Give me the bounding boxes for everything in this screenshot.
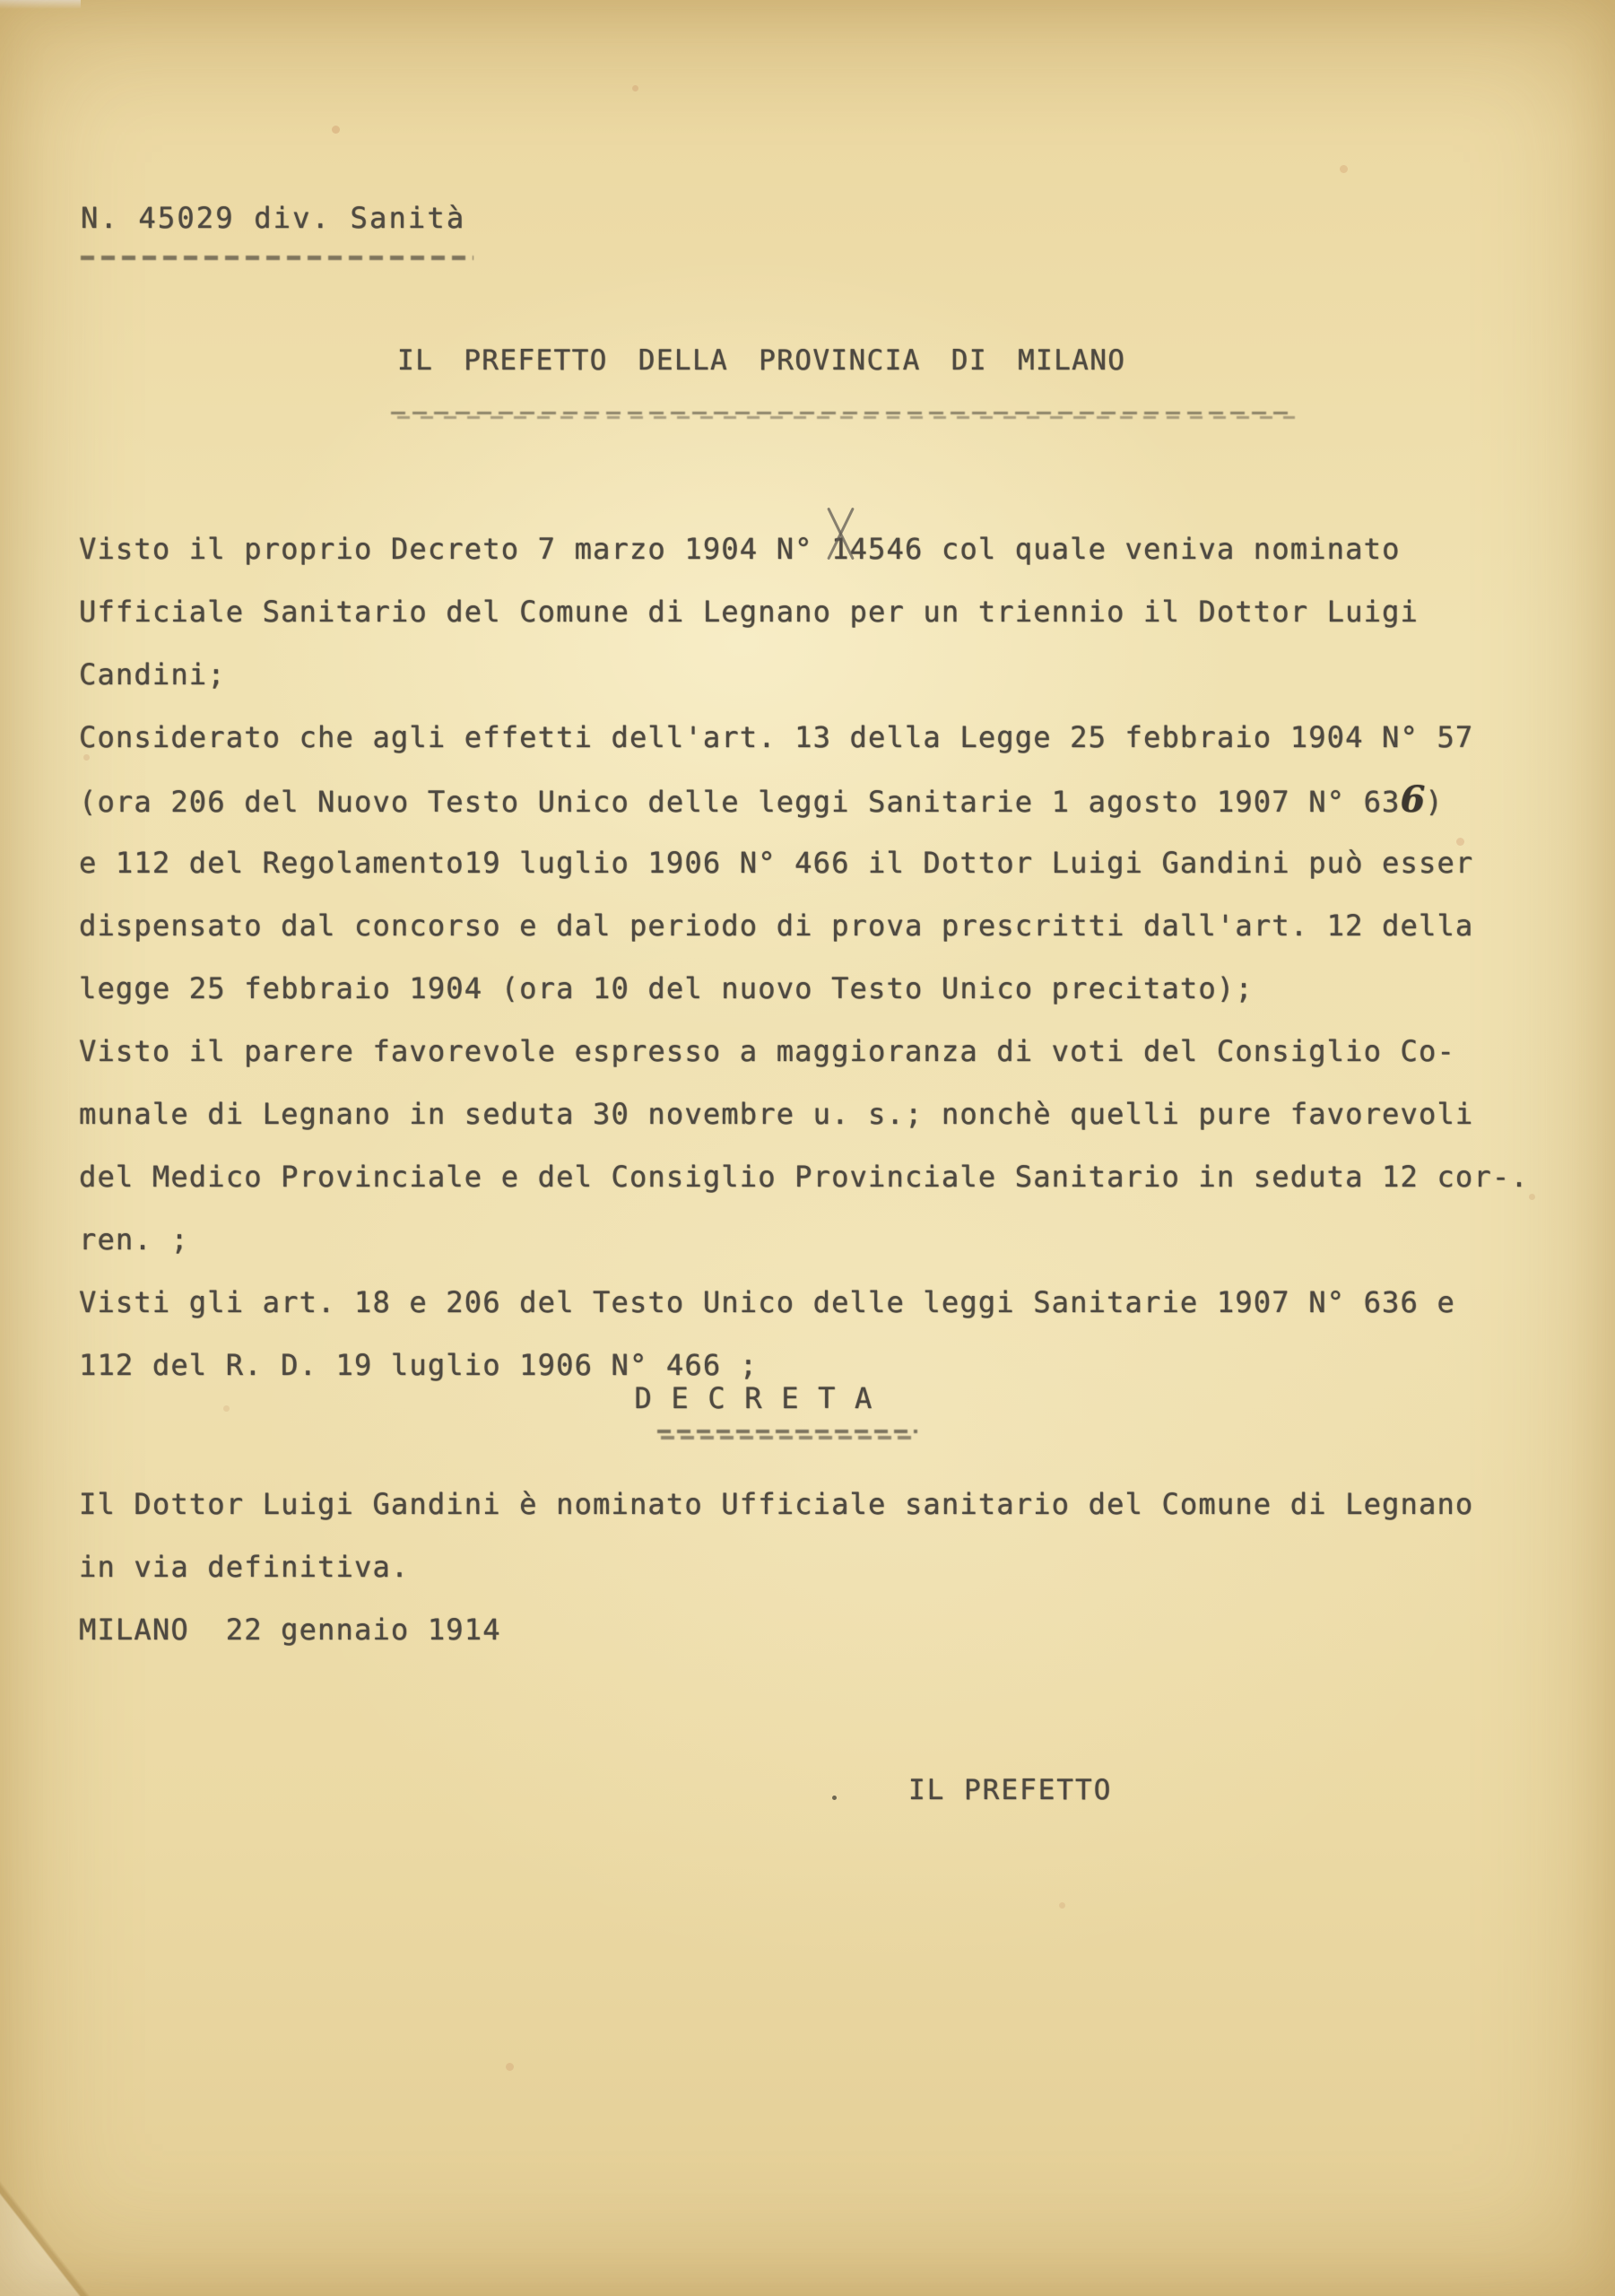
body-line: dispensato dal concorso e dal periodo di…	[79, 894, 1579, 957]
handwritten-digit: 6	[1401, 778, 1426, 821]
body-line: Ufficiale Sanitario del Comune di Legnan…	[79, 580, 1579, 643]
struck-digit: 1	[831, 517, 849, 580]
body-line-text: (ora 206 del Nuovo Testo Unico delle leg…	[79, 785, 1401, 819]
paper-fold	[0, 2126, 99, 2296]
body-line: Considerato che agli effetti dell'art. 1…	[79, 706, 1579, 769]
body-line: ren. ;	[79, 1208, 1579, 1271]
body-line: Visti gli art. 18 e 206 del Testo Unico …	[79, 1271, 1579, 1334]
body-line: legge 25 febbraio 1904 (ora 10 del nuovo…	[79, 957, 1579, 1020]
scanned-document-page: N. 45029 div. Sanità IL PREFETTO DELLA P…	[0, 0, 1615, 2296]
body-line-text: 4546 col quale veniva nominato	[850, 532, 1401, 566]
reference-number: N. 45029 div. Sanità	[81, 201, 465, 235]
body-line: del Medico Provinciale e del Consiglio P…	[79, 1145, 1579, 1208]
body-line: Candini;	[79, 643, 1579, 706]
closing-line: Il Dottor Luigi Gandini è nominato Uffic…	[79, 1473, 1579, 1535]
document-body: Visto il proprio Decreto 7 marzo 1904 N°…	[79, 517, 1579, 1396]
ink-dot	[832, 1796, 837, 1800]
paper-edge-highlight	[0, 0, 81, 9]
body-line: Visto il parere favorevole espresso a ma…	[79, 1020, 1579, 1083]
reference-underline	[81, 256, 473, 260]
signature-title: IL PREFETTO	[908, 1774, 1112, 1806]
decreta-underline	[657, 1430, 917, 1439]
closing-paragraph: Il Dottor Luigi Gandini è nominato Uffic…	[79, 1473, 1579, 1661]
body-line: munale di Legnano in seduta 30 novembre …	[79, 1083, 1579, 1145]
closing-line-place-date: MILANO 22 gennaio 1914	[79, 1598, 1579, 1661]
title-underline	[391, 411, 1295, 420]
closing-line: in via definitiva.	[79, 1535, 1579, 1598]
body-line: (ora 206 del Nuovo Testo Unico delle leg…	[79, 769, 1579, 831]
document-title: IL PREFETTO DELLA PROVINCIA DI MILANO	[397, 344, 1125, 377]
body-line: Visto il proprio Decreto 7 marzo 1904 N°…	[79, 517, 1579, 580]
decreta-heading: D E C R E T A	[0, 1381, 1507, 1415]
body-line-text: )	[1425, 785, 1443, 819]
body-line-text: Visto il proprio Decreto 7 marzo 1904 N°	[79, 532, 831, 566]
body-line: e 112 del Regolamento19 luglio 1906 N° 4…	[79, 831, 1579, 894]
